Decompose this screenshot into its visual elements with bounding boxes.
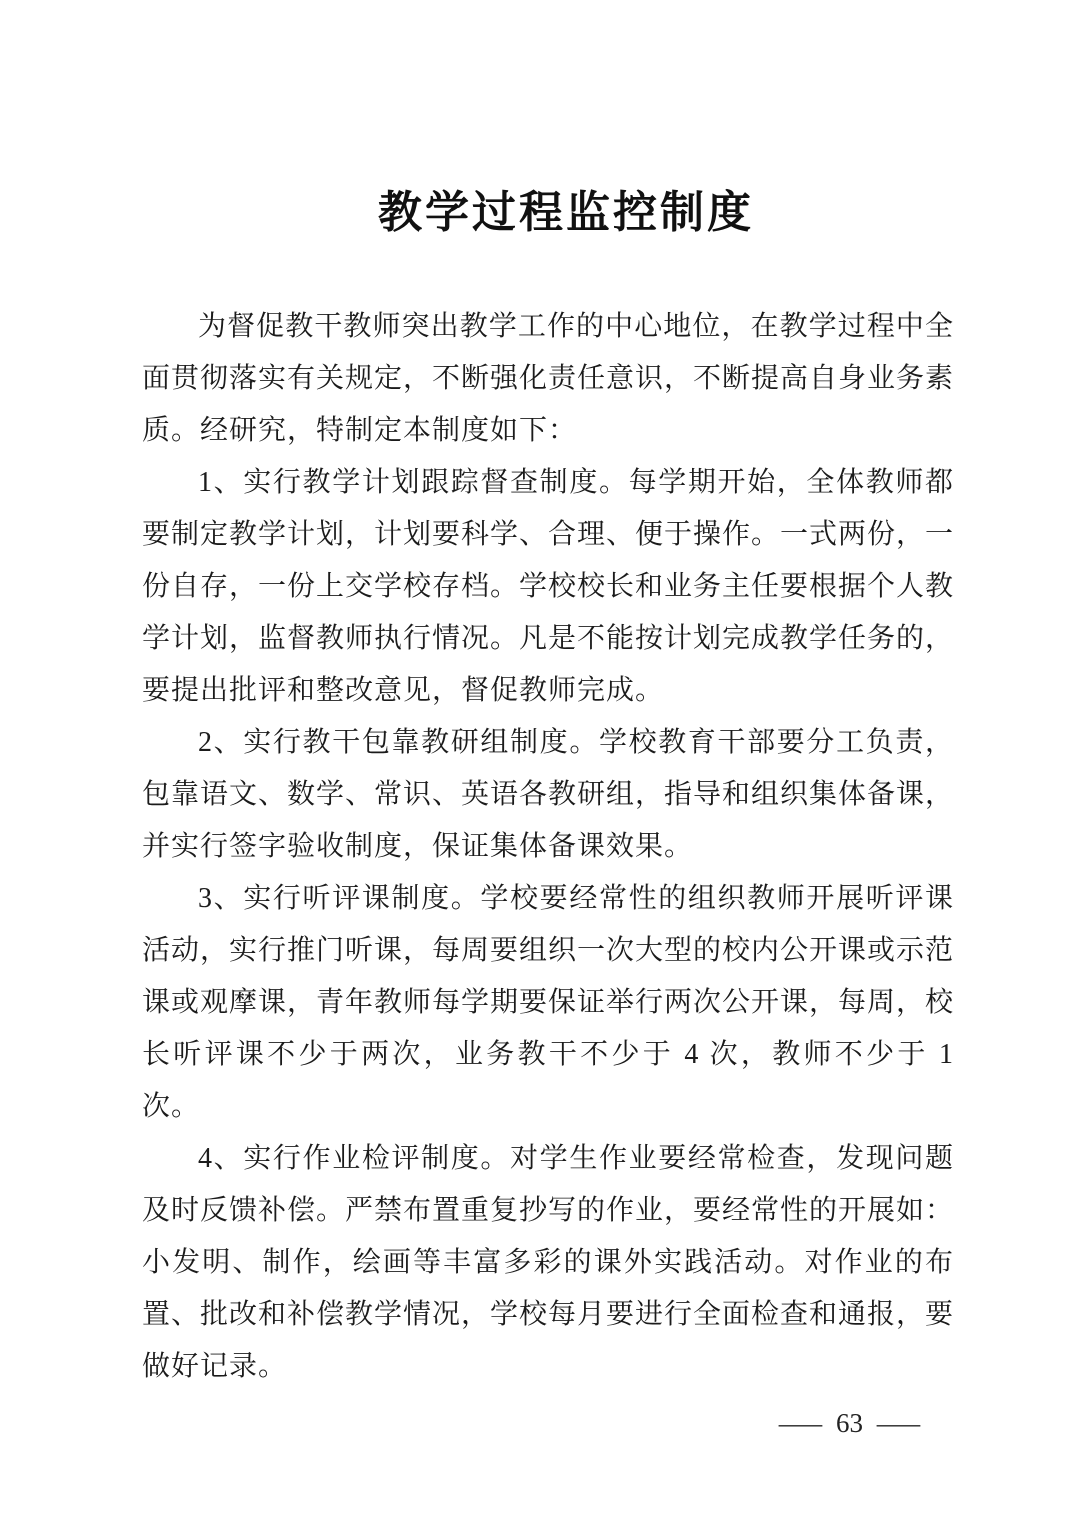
page-number: 63 [836,1408,863,1438]
paragraph-intro: 为督促教干教师突出教学工作的中心地位，在教学过程中全面贯彻落实有关规定，不断强化… [142,301,954,457]
paragraph-item-4: 4、实行作业检评制度。对学生作业要经常检查，发现问题及时反馈补偿。严禁布置重复抄… [142,1133,954,1393]
footer-right-dash: — [877,1407,920,1439]
paragraph-item-3: 3、实行听评课制度。学校要经常性的组织教师开展听评课活动，实行推门听课，每周要组… [142,873,954,1133]
footer-left-dash: — [779,1407,822,1439]
paragraph-item-1: 1、实行教学计划跟踪督查制度。每学期开始，全体教师都要制定教学计划，计划要科学、… [142,457,954,717]
document-title: 教学过程监控制度 [160,0,972,243]
paragraph-item-2: 2、实行教干包靠教研组制度。学校教育干部要分工负责，包靠语文、数学、常识、英语各… [142,717,954,873]
document-body: 为督促教干教师突出教学工作的中心地位，在教学过程中全面贯彻落实有关规定，不断强化… [142,301,954,1393]
page-footer: —63— [787,1407,912,1439]
document-page: 教学过程监控制度 为督促教干教师突出教学工作的中心地位，在教学过程中全面贯彻落实… [0,0,1080,1527]
